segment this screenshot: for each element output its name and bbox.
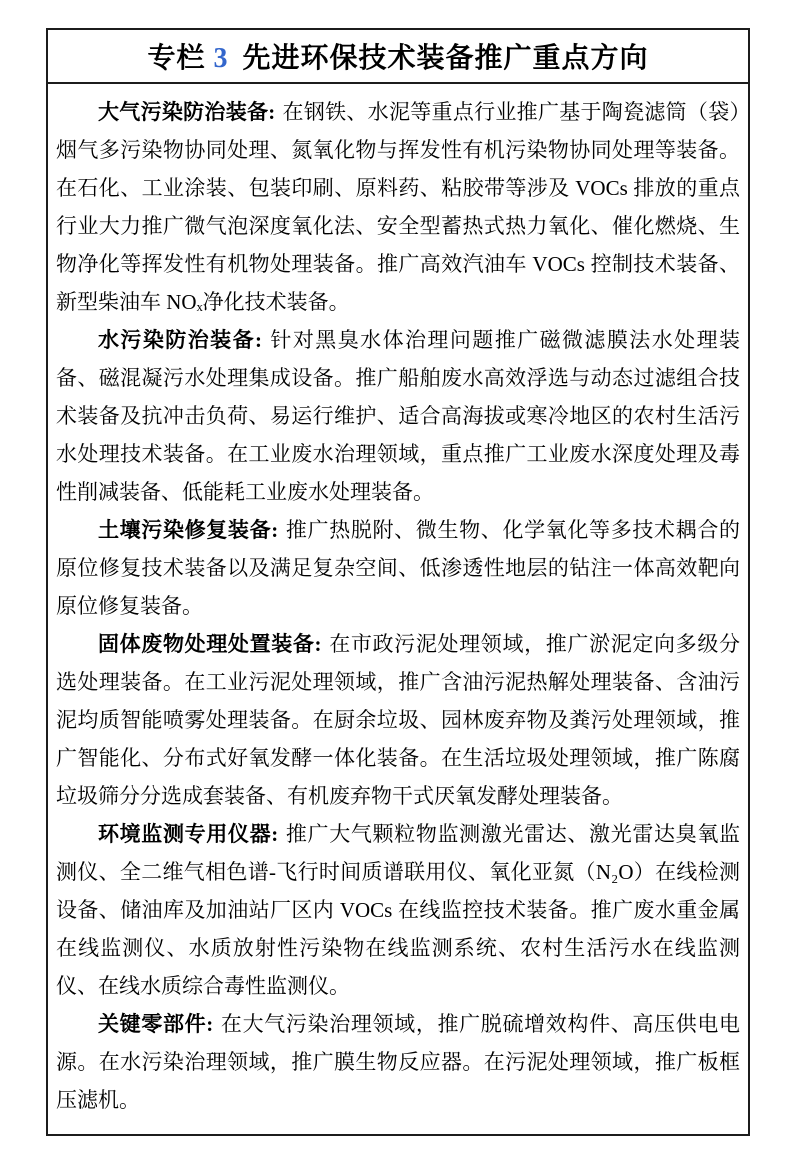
title-bar: 专栏3先进环保技术装备推广重点方向: [48, 30, 748, 84]
column-box: 专栏3先进环保技术装备推广重点方向 大气污染防治装备:在钢铁、水泥等重点行业推广…: [46, 28, 750, 1136]
section-text: 针对黑臭水体治理问题推广磁微滤膜法水处理装备、磁混凝污水处理集成设备。推广船舶废…: [56, 328, 740, 504]
section-solid-waste: 固体废物处理处置装备:在市政污泥处理领域，推广淤泥定向多级分选处理装备。在工业污…: [56, 625, 740, 815]
section-text: 推广大气颗粒物监测激光雷达、激光雷达臭氧监测仪、全二维气相色谱-飞行时间质谱联用…: [56, 822, 740, 998]
section-label: 土壤污染修复装备:: [98, 518, 278, 542]
section-label: 大气污染防治装备:: [98, 100, 275, 124]
document-page: { "accent_color": "#3366cc", "title": { …: [0, 0, 794, 1175]
section-water-pollution: 水污染防治装备:针对黑臭水体治理问题推广磁微滤膜法水处理装备、磁混凝污水处理集成…: [56, 321, 740, 511]
section-text: 在市政污泥处理领域，推广淤泥定向多级分选处理装备。在工业污泥处理领域，推广含油污…: [56, 632, 740, 808]
title-text: 先进环保技术装备推广重点方向: [243, 43, 649, 74]
section-monitoring-instruments: 环境监测专用仪器:推广大气颗粒物监测激光雷达、激光雷达臭氧监测仪、全二维气相色谱…: [56, 815, 740, 1005]
section-text: 在钢铁、水泥等重点行业推广基于陶瓷滤筒（袋）烟气多污染物协同处理、氮氧化物与挥发…: [56, 100, 740, 314]
box-body: 大气污染防治装备:在钢铁、水泥等重点行业推广基于陶瓷滤筒（袋）烟气多污染物协同处…: [48, 84, 748, 1119]
page-title: 专栏3先进环保技术装备推广重点方向: [147, 36, 648, 76]
section-label: 水污染防治装备:: [98, 328, 262, 352]
section-label: 固体废物处理处置装备:: [98, 632, 322, 656]
title-number: 3: [214, 43, 229, 74]
section-label: 关键零部件:: [98, 1012, 213, 1036]
section-key-components: 关键零部件:在大气污染治理领域，推广脱硫增效构件、高压供电电源。在水污染治理领域…: [56, 1005, 740, 1119]
section-air-pollution: 大气污染防治装备:在钢铁、水泥等重点行业推广基于陶瓷滤筒（袋）烟气多污染物协同处…: [56, 93, 740, 321]
section-label: 环境监测专用仪器:: [98, 822, 278, 846]
title-prefix: 专栏: [147, 43, 205, 74]
section-soil-remediation: 土壤污染修复装备:推广热脱附、微生物、化学氧化等多技术耦合的原位修复技术装备以及…: [56, 511, 740, 625]
